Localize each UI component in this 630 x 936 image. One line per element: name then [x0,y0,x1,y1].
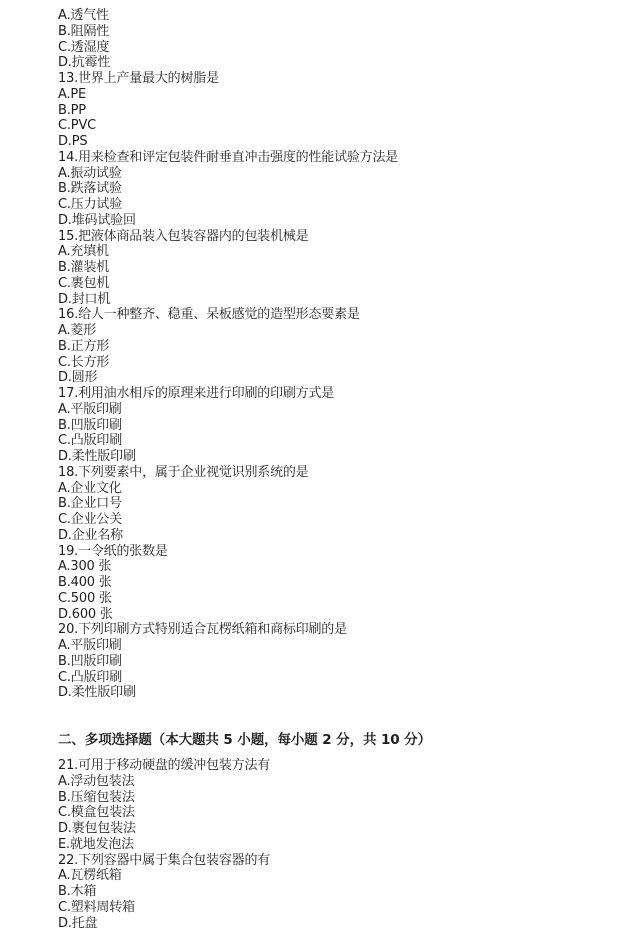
option-a: A.透气性 [58,8,618,24]
option-a: A.企业文化 [58,481,618,497]
option-b: B.企业口号 [58,496,618,512]
question-22: 22.下列容器中属于集合包装容器的有 A.瓦楞纸箱 B.木箱 C.塑料周转箱 D… [58,853,618,932]
option-c: C.裹包机 [58,276,618,292]
question-text: 15.把液体商品装入包装容器内的包装机械是 [58,229,618,245]
option-d: D.企业名称 [58,528,618,544]
option-d: D.抗霉性 [58,55,618,71]
question-text: 19.一令纸的张数是 [58,544,618,560]
question-17: 17.利用油水相斥的原理来进行印刷的印刷方式是 A.平版印刷 B.凹版印刷 C.… [58,386,618,465]
question-text: 17.利用油水相斥的原理来进行印刷的印刷方式是 [58,386,618,402]
option-c: C.模盒包装法 [58,805,618,821]
section-heading-multiple-choice: 二、多项选择题（本大题共 5 小题，每小题 2 分，共 10 分） [58,731,618,749]
question-16: 16.给人一种整齐、稳重、呆板感觉的造型形态要素是 A.菱形 B.正方形 C.长… [58,307,618,386]
question-19: 19.一令纸的张数是 A.300 张 B.400 张 C.500 张 D.600… [58,544,618,623]
question-text: 21.可用于移动硬盘的缓冲包装方法有 [58,758,618,774]
option-b: B.400 张 [58,575,618,591]
option-a: A.PE [58,87,618,103]
option-b: B.跌落试验 [58,181,618,197]
option-a: A.振动试验 [58,166,618,182]
option-d: D.圆形 [58,370,618,386]
option-b: B.正方形 [58,339,618,355]
question-20: 20.下列印刷方式特别适合瓦楞纸箱和商标印刷的是 A.平版印刷 B.凹版印刷 C… [58,622,618,701]
question-text: 14.用来检查和评定包装件耐垂直冲击强度的性能试验方法是 [58,150,618,166]
question-text: 18.下列要素中，属于企业视觉识别系统的是 [58,465,618,481]
option-b: B.凹版印刷 [58,418,618,434]
question-21: 21.可用于移动硬盘的缓冲包装方法有 A.浮动包装法 B.压缩包装法 C.模盒包… [58,758,618,853]
option-d: D.柔性版印刷 [58,685,618,701]
option-e: E.就地发泡法 [58,837,618,853]
option-d: D.封口机 [58,292,618,308]
option-a: A.平版印刷 [58,402,618,418]
option-d: D.堆码试验回 [58,213,618,229]
option-d: D.600 张 [58,607,618,623]
question-13: 13.世界上产量最大的树脂是 A.PE B.PP C.PVC D.PS [58,71,618,150]
option-b: B.阻隔性 [58,24,618,40]
option-a: A.浮动包装法 [58,774,618,790]
option-a: A.菱形 [58,323,618,339]
question-text: 16.给人一种整齐、稳重、呆板感觉的造型形态要素是 [58,307,618,323]
spacer [58,749,618,758]
question-12-options: A.透气性 B.阻隔性 C.透湿度 D.抗霉性 [58,8,618,71]
option-c: C.凸版印刷 [58,433,618,449]
option-b: B.凹版印刷 [58,654,618,670]
option-d: D.PS [58,134,618,150]
question-text: 13.世界上产量最大的树脂是 [58,71,618,87]
option-c: C.压力试验 [58,197,618,213]
option-d: D.裹包包装法 [58,821,618,837]
option-d: D.托盘 [58,916,618,932]
question-14: 14.用来检查和评定包装件耐垂直冲击强度的性能试验方法是 A.振动试验 B.跌落… [58,150,618,229]
option-b: B.灌装机 [58,260,618,276]
option-b: B.木箱 [58,884,618,900]
question-15: 15.把液体商品装入包装容器内的包装机械是 A.充填机 B.灌装机 C.裹包机 … [58,229,618,308]
option-b: B.PP [58,103,618,119]
option-a: A.平版印刷 [58,638,618,654]
option-a: A.300 张 [58,559,618,575]
spacer [58,701,618,731]
option-c: C.企业公关 [58,512,618,528]
option-c: C.500 张 [58,591,618,607]
option-b: B.压缩包装法 [58,790,618,806]
question-18: 18.下列要素中，属于企业视觉识别系统的是 A.企业文化 B.企业口号 C.企业… [58,465,618,544]
option-d: D.柔性版印刷 [58,449,618,465]
question-text: 20.下列印刷方式特别适合瓦楞纸箱和商标印刷的是 [58,622,618,638]
option-c: C.塑料周转箱 [58,900,618,916]
option-c: C.透湿度 [58,40,618,56]
exam-document: A.透气性 B.阻隔性 C.透湿度 D.抗霉性 13.世界上产量最大的树脂是 A… [58,8,618,931]
question-text: 22.下列容器中属于集合包装容器的有 [58,853,618,869]
option-a: A.瓦楞纸箱 [58,868,618,884]
option-c: C.凸版印刷 [58,670,618,686]
option-c: C.长方形 [58,355,618,371]
option-c: C.PVC [58,118,618,134]
option-a: A.充填机 [58,244,618,260]
